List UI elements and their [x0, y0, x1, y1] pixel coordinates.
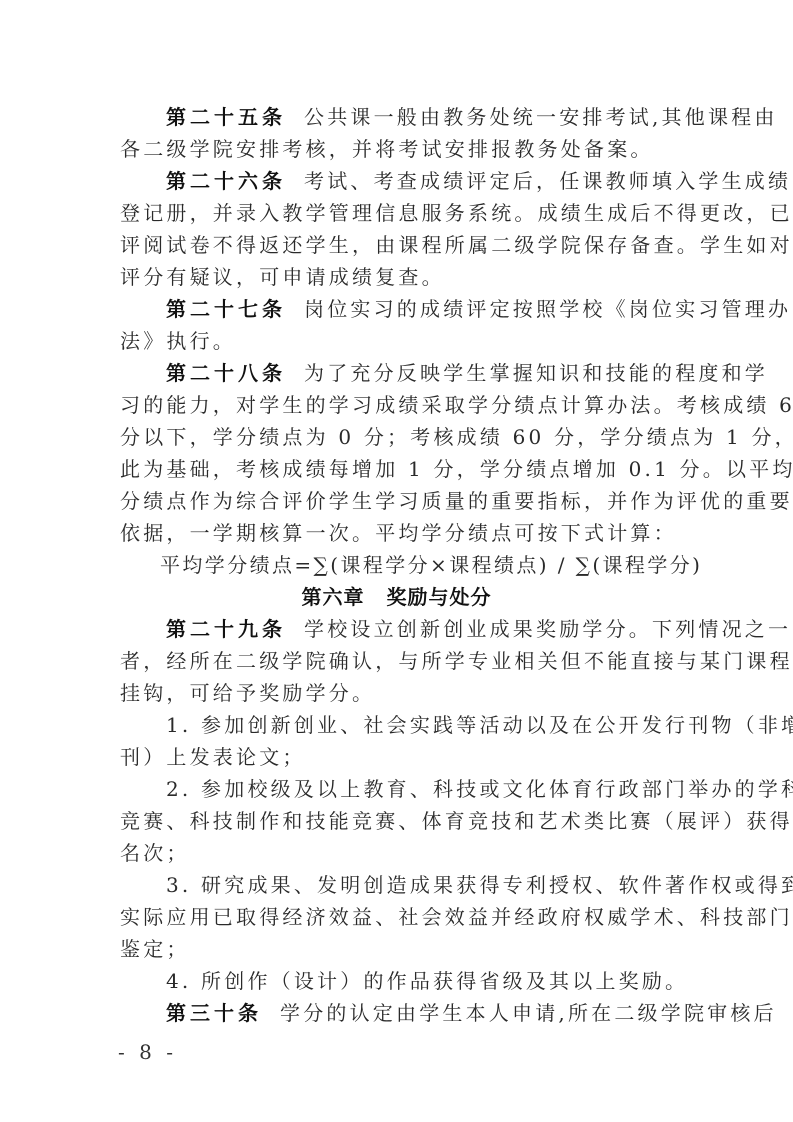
article-26-label: 第二十六条 [166, 169, 286, 193]
article-30-label: 第三十条 [166, 1001, 262, 1025]
article-27-label: 第二十七条 [166, 297, 286, 321]
list-item-4-line-1: 4. 所创作（设计）的作品获得省级及其以上奖励。 [120, 965, 673, 997]
article-29-line-1: 第二十九条学校设立创新创业成果奖励学分。下列情况之一 [120, 613, 673, 645]
chapter-title: 奖励与处分 [387, 585, 492, 609]
chapter-number: 第六章 [302, 585, 365, 609]
list-item-3-line-1: 3. 研究成果、发明创造成果获得专利授权、软件著作权或得到 [120, 869, 673, 901]
article-26-line-2: 登记册，并录入教学管理信息服务系统。成绩生成后不得更改，已 [120, 197, 673, 229]
list-item-2-line-2: 竞赛、科技制作和技能竞赛、体育竞技和艺术类比赛（展评）获得 [120, 805, 673, 837]
article-28-line-4: 此为基础，考核成绩每增加 1 分，学分绩点增加 0.1 分。以平均学 [120, 453, 673, 485]
article-28-line-2: 习的能力，对学生的学习成绩采取学分绩点计算办法。考核成绩 60 [120, 389, 673, 421]
article-26-line-1: 第二十六条考试、考查成绩评定后，任课教师填入学生成绩 [120, 165, 673, 197]
chapter-heading: 第六章奖励与处分 [120, 581, 673, 613]
article-25-line-1: 第二十五条公共课一般由教务处统一安排考试,其他课程由 [120, 101, 673, 133]
list-item-3-line-3: 鉴定； [120, 933, 673, 965]
article-28-line-6: 依据，一学期核算一次。平均学分绩点可按下式计算： [120, 517, 673, 549]
article-25-label: 第二十五条 [166, 105, 286, 129]
article-25-line-2: 各二级学院安排考核，并将考试安排报教务处备案。 [120, 133, 673, 165]
article-28-line-5: 分绩点作为综合评价学生学习质量的重要指标，并作为评优的重要 [120, 485, 673, 517]
document-page: 第二十五条公共课一般由教务处统一安排考试,其他课程由 各二级学院安排考核，并将考… [120, 101, 673, 1029]
list-item-2-line-3: 名次； [120, 837, 673, 869]
list-item-2-line-1: 2. 参加校级及以上教育、科技或文化体育行政部门举办的学科 [120, 773, 673, 805]
article-27-line-1: 第二十七条岗位实习的成绩评定按照学校《岗位实习管理办 [120, 293, 673, 325]
article-26-line-3: 评阅试卷不得返还学生，由课程所属二级学院保存备查。学生如对 [120, 229, 673, 261]
article-28-line-1: 第二十八条为了充分反映学生掌握知识和技能的程度和学 [120, 357, 673, 389]
page-number: - 8 - [118, 1040, 177, 1064]
article-29-label: 第二十九条 [166, 617, 286, 641]
article-28-line-3: 分以下，学分绩点为 0 分；考核成绩 60 分，学分绩点为 1 分，以 [120, 421, 673, 453]
article-29-line-3: 挂钩，可给予奖励学分。 [120, 677, 673, 709]
article-26-line-4: 评分有疑议，可申请成绩复查。 [120, 261, 673, 293]
article-28-label: 第二十八条 [166, 361, 286, 385]
list-item-3-line-2: 实际应用已取得经济效益、社会效益并经政府权威学术、科技部门 [120, 901, 673, 933]
article-29-line-2: 者，经所在二级学院确认，与所学专业相关但不能直接与某门课程 [120, 645, 673, 677]
gpa-formula: 平均学分绩点=∑(课程学分×课程绩点) / ∑(课程学分) [120, 549, 673, 581]
article-30-line-1: 第三十条学分的认定由学生本人申请,所在二级学院审核后 [120, 997, 673, 1029]
list-item-1-line-2: 刊）上发表论文； [120, 741, 673, 773]
list-item-1-line-1: 1. 参加创新创业、社会实践等活动以及在公开发行刊物（非增 [120, 709, 673, 741]
article-27-line-2: 法》执行。 [120, 325, 673, 357]
